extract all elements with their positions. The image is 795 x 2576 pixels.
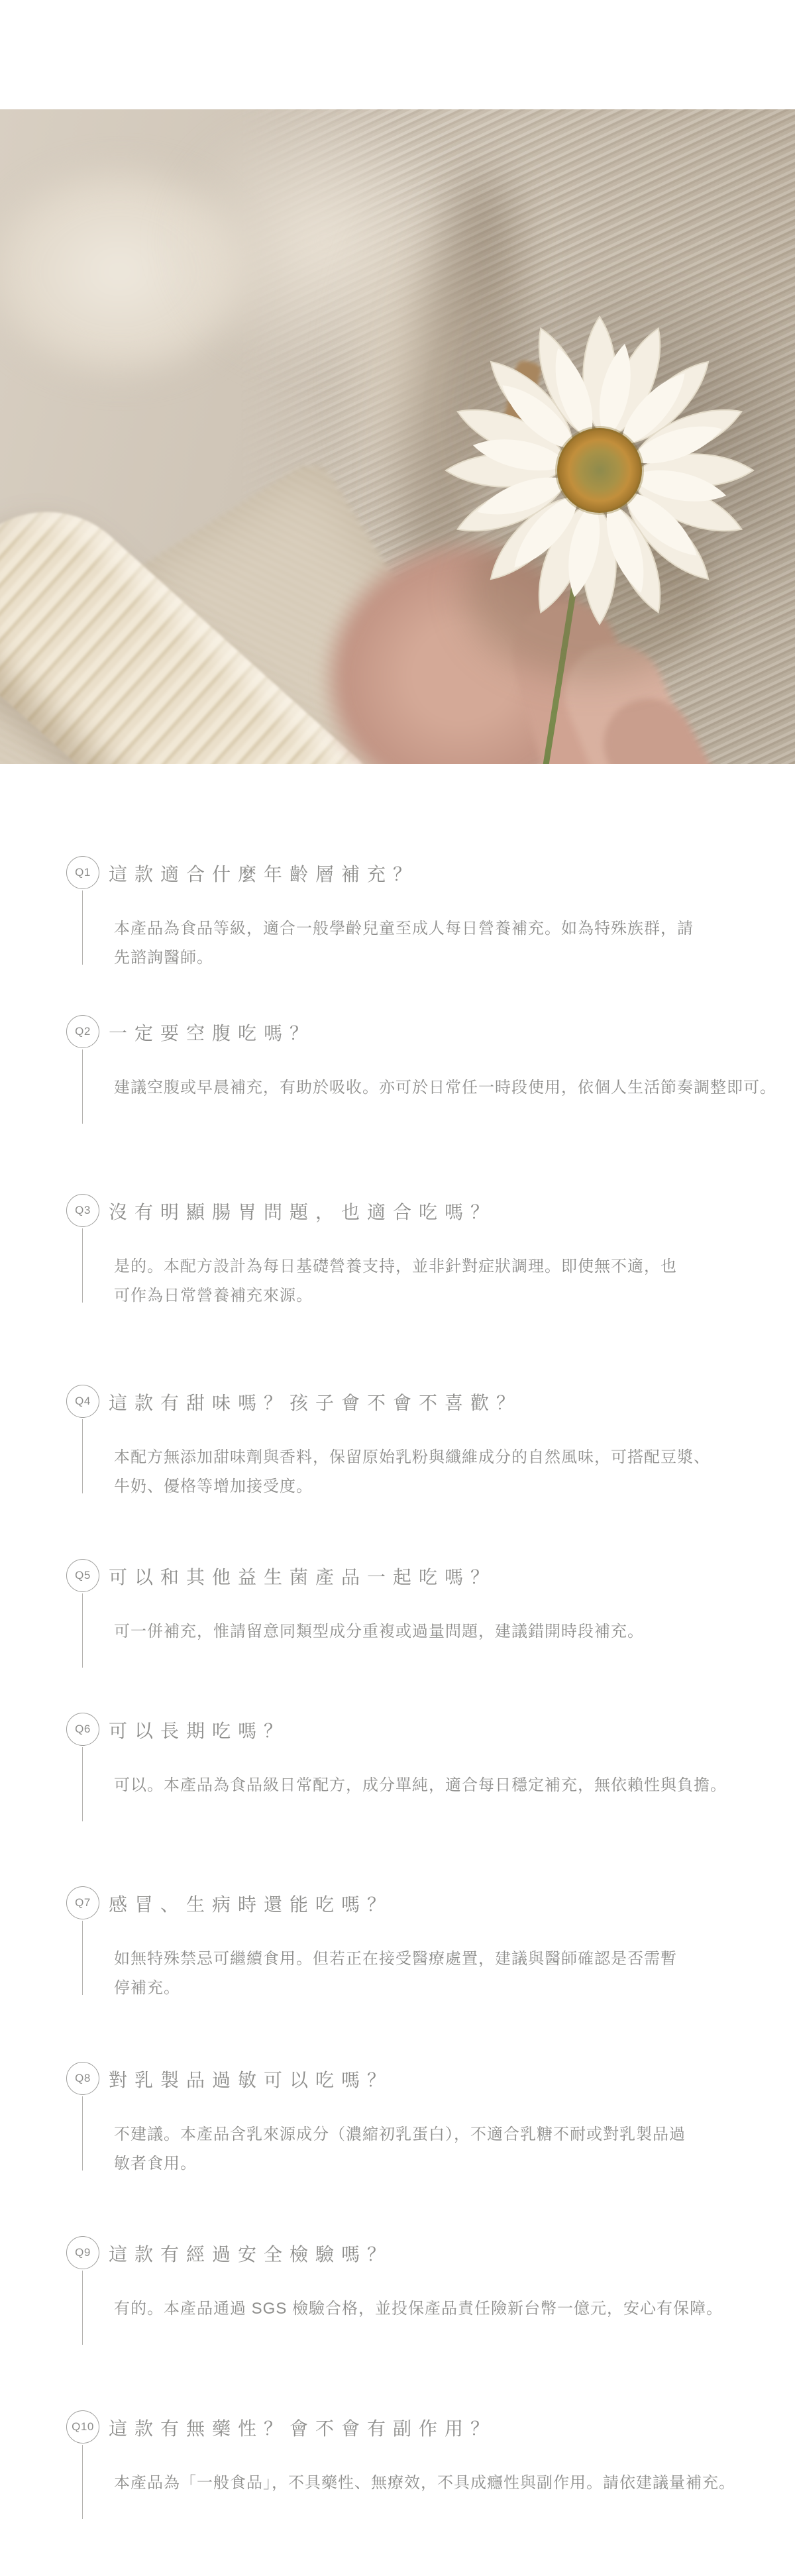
question-number-badge: Q2: [66, 1015, 99, 1048]
question-number-badge: Q8: [66, 2062, 99, 2095]
connector-line: [82, 1049, 83, 1124]
question-answer: 建議空腹或早晨補充，有助於吸收。亦可於日常任一時段使用，依個人生活節奏調整即可。: [114, 1073, 776, 1102]
connector-line: [82, 2271, 83, 2345]
question-number: Q4: [75, 1395, 91, 1408]
question-number-badge: Q5: [66, 1559, 99, 1592]
connector-line: [82, 1419, 83, 1493]
connector-line: [82, 1747, 83, 1821]
question-number-badge: Q7: [66, 1886, 99, 1919]
question-number: Q9: [75, 2246, 91, 2259]
question-title: 感冒、生病時還能吃嗎？: [109, 1886, 393, 1921]
question-answer: 本產品為「一般食品」，不具藥性、無療效，不具成癮性與副作用。請依建議量補充。: [114, 2469, 776, 2498]
question-number-badge: Q3: [66, 1194, 99, 1227]
question-answer: 可以。本產品為食品級日常配方，成分單純，適合每日穩定補充，無依賴性與負擔。: [114, 1771, 776, 1800]
connector-line: [82, 1593, 83, 1668]
question-number: Q2: [75, 1025, 91, 1038]
question-title: 可以長期吃嗎？: [109, 1713, 290, 1747]
question-number-badge: Q10: [66, 2410, 99, 2443]
question-title: 這款適合什麼年齡層補充？: [109, 856, 419, 890]
question-number: Q5: [75, 1569, 91, 1582]
question-answer: 本產品為食品等級，適合一般學齡兒童至成人每日營養補充。如為特殊族群，請 先諮詢醫…: [114, 914, 776, 973]
question-number-badge: Q6: [66, 1713, 99, 1746]
question-number: Q10: [72, 2420, 94, 2434]
question-number: Q3: [75, 1204, 91, 1217]
question-number: Q8: [75, 2072, 91, 2085]
connector-line: [82, 1921, 83, 1995]
question-title: 這款有無藥性？會不會有副作用？: [109, 2410, 496, 2445]
connector-line: [82, 2096, 83, 2171]
question-title: 沒有明顯腸胃問題，也適合吃嗎？: [109, 1194, 496, 1228]
connector-line: [82, 890, 83, 965]
question-title: 一定要空腹吃嗎？: [109, 1015, 315, 1049]
question-answer: 可一併補充，惟請留意同類型成分重複或過量問題，建議錯開時段補充。: [114, 1617, 776, 1646]
question-number: Q1: [75, 866, 91, 879]
question-number-badge: Q1: [66, 856, 99, 889]
question-title: 對乳製品過敏可以吃嗎？: [109, 2062, 393, 2096]
faq-section: Q1 這款適合什麼年齡層補充？ 本產品為食品等級，適合一般學齡兒童至成人每日營養…: [0, 0, 795, 2576]
page: Q1 這款適合什麼年齡層補充？ 本產品為食品等級，適合一般學齡兒童至成人每日營養…: [0, 0, 795, 2576]
question-answer: 如無特殊禁忌可繼續食用。但若正在接受醫療處置，建議與醫師確認是否需暫 停補充。: [114, 1945, 776, 2003]
question-number-badge: Q4: [66, 1385, 99, 1418]
question-title: 可以和其他益生菌產品一起吃嗎？: [109, 1559, 496, 1593]
question-answer: 是的。本配方設計為每日基礎營養支持，並非針對症狀調理。即使無不適，也 可作為日常…: [114, 1252, 776, 1311]
question-answer: 不建議。本產品含乳來源成分（濃縮初乳蛋白），不適合乳糖不耐或對乳製品過 敏者食用…: [114, 2120, 776, 2178]
connector-line: [82, 2445, 83, 2519]
question-number: Q7: [75, 1896, 91, 1909]
question-title: 這款有甜味嗎？孩子會不會不喜歡？: [109, 1385, 522, 1419]
question-answer: 本配方無添加甜味劑與香料，保留原始乳粉與纖維成分的自然風味，可搭配豆漿、 牛奶、…: [114, 1443, 776, 1501]
question-title: 這款有經過安全檢驗嗎？: [109, 2236, 393, 2271]
question-answer: 有的。本產品通過 SGS 檢驗合格，並投保產品責任險新台幣一億元，安心有保障。: [114, 2294, 776, 2324]
question-number-badge: Q9: [66, 2236, 99, 2269]
connector-line: [82, 1228, 83, 1303]
question-number: Q6: [75, 1723, 91, 1736]
